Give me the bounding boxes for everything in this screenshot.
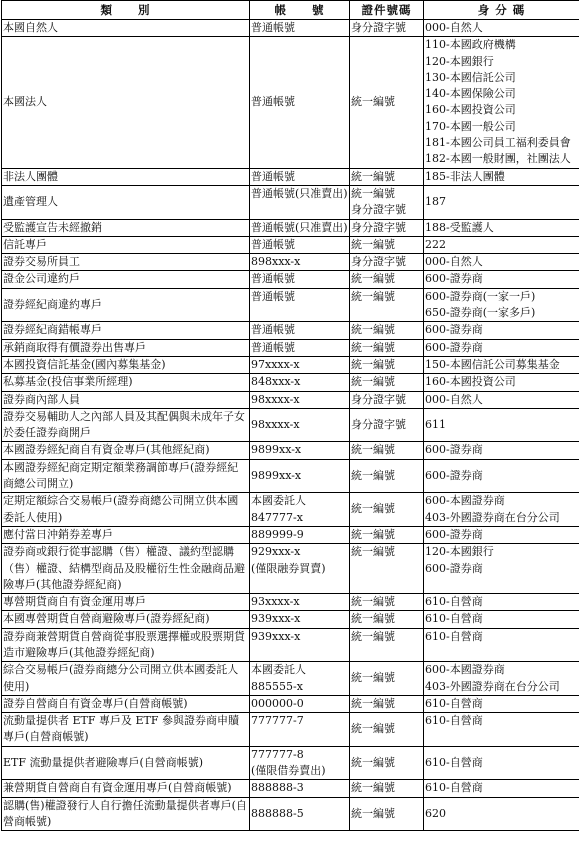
category-cell: 證券交易所員工 (2, 254, 250, 271)
table-row: 非法人團體普通帳號統一編號185-非法人團體 (2, 168, 579, 185)
id-code-cell: 188-受監護人 (424, 219, 579, 236)
id-code-cell: 150-本國信託公司募集基金 (424, 356, 579, 373)
table-row: 證券經紀商錯帳專戶普通帳號統一編號600-證券商 (2, 322, 579, 339)
account-cell-line: 普通帳號(只准賣出) (251, 220, 348, 236)
id-code-cell-line: 600-證券商 (425, 322, 578, 338)
table-row: 證券經紀商違約專戶普通帳號統一編號600-證券商(一家一戶)650-證券商(一家… (2, 288, 579, 322)
category-cell: 認購(售)權證發行人自行擔任流動量提供者專戶(自營商帳號) (2, 797, 250, 831)
account-cell-line: 93xxxx-x (251, 594, 348, 610)
id-code-cell-line: 610-自營商 (425, 696, 578, 712)
id-code-cell-line: 610-自營商 (425, 713, 578, 729)
account-cell-line: 普通帳號 (251, 322, 348, 338)
id-document-cell: 身分證字號 (350, 20, 424, 37)
id-code-cell-line: 222 (425, 237, 578, 253)
id-code-cell-line: 611 (425, 417, 578, 433)
table-row: 證券商內部人員98xxxx-x身分證字號000-自然人 (2, 391, 579, 408)
id-code-cell-line: 650-證券商(一家多戶) (425, 305, 578, 321)
table-row: 證券商兼營期貨自營商從事股票選擇權或股票期貨造市避險專戶(其他證券經紀商)939… (2, 628, 579, 662)
account-cell-line: 848xxx-x (251, 374, 348, 390)
account-cell-line: 847777-x (251, 510, 348, 526)
id-document-cell-line: 統一編號 (351, 357, 422, 373)
id-code-cell-line: 110-本國政府機構 (425, 37, 578, 53)
table-row: 本國法人普通帳號統一編號110-本國政府機構120-本國銀行130-本國信託公司… (2, 37, 579, 168)
table-body: 本國自然人普通帳號身分證字號000-自然人本國法人普通帳號統一編號110-本國政… (2, 20, 579, 831)
id-code-cell-line: 187 (425, 194, 578, 210)
category-cell: 承銷商取得有價證券出售專戶 (2, 339, 250, 356)
id-document-cell-line: 統一編號 (351, 374, 422, 390)
account-cell: 97xxxx-x (250, 356, 350, 373)
account-cell: 普通帳號(只准賣出) (250, 219, 350, 236)
category-cell: ETF 流動量提供者避險專戶(自營商帳號) (2, 746, 250, 780)
id-code-cell: 600-證券商 (424, 339, 579, 356)
account-cell: 888888-3 (250, 780, 350, 797)
id-document-cell-line: 身分證字號 (351, 20, 422, 36)
id-code-cell-line: 610-自營商 (425, 755, 578, 771)
id-document-cell: 身分證字號 (350, 408, 424, 442)
id-code-cell: 110-本國政府機構120-本國銀行130-本國信託公司140-本國保險公司16… (424, 37, 579, 168)
account-cell-line: 898xxx-x (251, 254, 348, 270)
account-cell-line: 888888-5 (251, 806, 348, 822)
id-code-cell-line: 610-自營商 (425, 594, 578, 610)
table-row: 本國投資信託基金(國內募集基金)97xxxx-x統一編號150-本國信託公司募集… (2, 356, 579, 373)
id-document-cell: 統一編號 (350, 797, 424, 831)
id-code-cell: 600-本國證券商403-外國證券商在台分公司 (424, 493, 579, 527)
id-document-cell-line: 統一編號 (351, 468, 422, 484)
account-cell: 普通帳號 (250, 322, 350, 339)
account-cell-line: 939xxx-x (251, 629, 348, 645)
header-account: 帳 號 (250, 1, 350, 20)
id-document-cell: 統一編號 (350, 493, 424, 527)
id-code-cell: 610-自營商 (424, 695, 579, 712)
id-code-cell-line: 120-本國銀行 (425, 544, 578, 560)
id-document-cell-line: 統一編號 (351, 611, 422, 627)
table-row: 定期定額綜合交易帳戶(證券商總公司開立供本國委託人使用)本國委託人847777-… (2, 493, 579, 527)
id-document-cell: 統一編號 (350, 594, 424, 611)
id-document-cell: 統一編號 (350, 322, 424, 339)
account-cell-line: 97xxxx-x (251, 357, 348, 373)
account-cell-line: 939xxx-x (251, 611, 348, 627)
id-document-cell-line: 身分證字號 (351, 417, 422, 433)
id-document-cell-line: 身分證字號 (351, 392, 422, 408)
account-cell: 93xxxx-x (250, 594, 350, 611)
id-document-cell-line: 統一編號 (351, 696, 422, 712)
id-document-cell-line: 統一編號 (351, 442, 422, 458)
table-row: 認購(售)權證發行人自行擔任流動量提供者專戶(自營商帳號)888888-5統一編… (2, 797, 579, 831)
category-cell: 應付當日沖銷券差專戶 (2, 526, 250, 543)
id-document-cell-line: 統一編號 (351, 629, 422, 645)
id-document-cell-line: 統一編號 (351, 527, 422, 543)
account-cell-line: 9899xx-x (251, 442, 348, 458)
account-cell-line: 普通帳號 (251, 20, 348, 36)
category-cell: 遺產管理人 (2, 185, 250, 219)
id-code-cell: 600-證券商 (424, 526, 579, 543)
id-document-cell: 統一編號 (350, 611, 424, 628)
account-cell: 939xxx-x (250, 628, 350, 662)
id-code-cell-line: 160-本國投資公司 (425, 102, 578, 118)
account-cell-line: 777777-7 (251, 713, 348, 729)
account-cell: 9899xx-x (250, 442, 350, 459)
id-code-cell-line: 000-自然人 (425, 20, 578, 36)
id-document-cell-line: 統一編號 (351, 289, 422, 305)
id-code-cell-line: 610-自營商 (425, 780, 578, 796)
id-document-cell: 統一編號 (350, 442, 424, 459)
header-row: 類 別 帳 號 證件號碼 身 分 碼 (2, 1, 579, 20)
id-document-cell: 統一編號 (350, 37, 424, 168)
id-document-cell: 統一編號 (350, 526, 424, 543)
id-code-cell-line: 600-本國證券商 (425, 662, 578, 678)
id-code-cell-line: 600-證券商 (425, 468, 578, 484)
table-row: 本國專營期貨自營商避險專戶(證券經紀商)939xxx-x統一編號610-自營商 (2, 611, 579, 628)
id-document-cell: 統一編號 (350, 339, 424, 356)
header-category: 類 別 (2, 1, 250, 20)
account-cell-line: 普通帳號 (251, 94, 348, 110)
account-cell-line: 普通帳號 (251, 271, 348, 287)
id-code-cell: 610-自營商 (424, 713, 579, 747)
id-code-cell: 610-自營商 (424, 780, 579, 797)
account-cell-line: 98xxxx-x (251, 392, 348, 408)
account-cell: 普通帳號 (250, 20, 350, 37)
category-cell: 本國證券經紀商定期定額業務調節專戶(證券經紀商總公司開立) (2, 459, 250, 493)
id-document-cell: 統一編號 (350, 695, 424, 712)
account-cell-line: 普通帳號 (251, 237, 348, 253)
id-code-cell: 600-證券商 (424, 442, 579, 459)
category-cell: 定期定額綜合交易帳戶(證券商總公司開立供本國委託人使用) (2, 493, 250, 527)
id-document-cell-line: 身分證字號 (351, 254, 422, 270)
id-code-cell-line: 000-自然人 (425, 392, 578, 408)
table-row: 私募基金(投信事業所經理)848xxx-x統一編號160-本國投資公司 (2, 374, 579, 391)
id-code-cell: 600-本國證券商403-外國證券商在台分公司 (424, 662, 579, 696)
category-cell: 兼營期貨自營商自有資金運用專戶(自營商帳號) (2, 780, 250, 797)
account-cell-line: 885555-x (251, 679, 348, 695)
id-code-cell-line: 160-本國投資公司 (425, 374, 578, 390)
id-code-cell-line: 181-本國公司員工福利委員會 (425, 135, 578, 151)
id-document-cell: 統一編號 (350, 544, 424, 594)
table-row: 證券商或銀行從事認購（售）權證、議約型認購（售）權證、結構型商品及股權衍生性金融… (2, 544, 579, 594)
id-document-cell-line: 統一編號 (351, 340, 422, 356)
id-code-cell-line: 600-證券商 (425, 561, 578, 577)
account-cell-line: 777777-8 (251, 747, 348, 763)
account-cell-line: 普通帳號 (251, 169, 348, 185)
category-cell: 證券經紀商錯帳專戶 (2, 322, 250, 339)
account-cell: 普通帳號 (250, 236, 350, 253)
category-cell: 證金公司違約戶 (2, 271, 250, 288)
id-code-cell: 610-自營商 (424, 594, 579, 611)
id-code-cell: 222 (424, 236, 579, 253)
table-row: 證金公司違約戶普通帳號統一編號600-證券商 (2, 271, 579, 288)
account-cell-line: 9899xx-x (251, 468, 348, 484)
category-cell: 非法人團體 (2, 168, 250, 185)
id-code-cell: 600-證券商(一家一戶)650-證券商(一家多戶) (424, 288, 579, 322)
table-row: 證券交易所員工898xxx-x身分證字號000-自然人 (2, 254, 579, 271)
category-cell: 證券自營商自有資金專戶(自營商帳號) (2, 695, 250, 712)
id-code-cell: 600-證券商 (424, 271, 579, 288)
account-cell-line: 普通帳號 (251, 289, 348, 305)
table-row: 本國證券經紀商定期定額業務調節專戶(證券經紀商總公司開立)9899xx-x統一編… (2, 459, 579, 493)
id-code-cell-line: 403-外國證券商在台分公司 (425, 679, 578, 695)
account-cell: 777777-7 (250, 713, 350, 747)
account-cell: 普通帳號 (250, 37, 350, 168)
id-document-cell-line: 統一編號 (351, 670, 422, 686)
id-code-cell-line: 600-證券商 (425, 527, 578, 543)
id-code-cell-line: 130-本國信託公司 (425, 70, 578, 86)
id-code-cell-line: 600-證券商 (425, 340, 578, 356)
account-cell-line: 普通帳號(只准賣出) (251, 186, 348, 202)
id-document-cell: 統一編號 (350, 662, 424, 696)
id-code-cell: 187 (424, 185, 579, 219)
id-document-cell: 統一編號 (350, 746, 424, 780)
id-document-cell: 統一編號 (350, 713, 424, 747)
id-code-cell-line: 188-受監護人 (425, 220, 578, 236)
id-document-cell: 統一編號 (350, 374, 424, 391)
table-row: 受監護宣告未經撤銷普通帳號(只准賣出)身分證字號188-受監護人 (2, 219, 579, 236)
id-code-cell-line: 610-自營商 (425, 611, 578, 627)
id-code-cell-line: 610-自營商 (425, 629, 578, 645)
account-cell: 普通帳號 (250, 168, 350, 185)
category-cell: 本國證券經紀商自有資金專戶(其他經紀商) (2, 442, 250, 459)
category-cell: 本國專營期貨自營商避險專戶(證券經紀商) (2, 611, 250, 628)
id-document-cell-line: 統一編號 (351, 594, 422, 610)
table-row: 本國自然人普通帳號身分證字號000-自然人 (2, 20, 579, 37)
id-code-cell: 610-自營商 (424, 611, 579, 628)
category-cell: 本國自然人 (2, 20, 250, 37)
id-code-cell: 000-自然人 (424, 254, 579, 271)
account-cell: 939xxx-x (250, 611, 350, 628)
category-cell: 證券商兼營期貨自營商從事股票選擇權或股票期貨造市避險專戶(其他證券經紀商) (2, 628, 250, 662)
table-row: 本國證券經紀商自有資金專戶(其他經紀商)9899xx-x統一編號600-證券商 (2, 442, 579, 459)
id-document-cell: 身分證字號 (350, 391, 424, 408)
account-cell: 000000-0 (250, 695, 350, 712)
account-cell-line: 929xxx-x (251, 544, 348, 560)
category-cell: 流動量提供者 ETF 專戶及 ETF 參與證券商申贖專戶(自營商帳號) (2, 713, 250, 747)
id-document-cell: 統一編號 (350, 356, 424, 373)
id-code-cell-line: 403-外國證券商在台分公司 (425, 510, 578, 526)
account-cell-line: 889999-9 (251, 527, 348, 543)
category-cell: 本國投資信託基金(國內募集基金) (2, 356, 250, 373)
id-code-cell: 611 (424, 408, 579, 442)
category-cell: 綜合交易帳戶(證券商總分公司開立供本國委託人使用) (2, 662, 250, 696)
id-code-cell: 120-本國銀行600-證券商 (424, 544, 579, 594)
category-cell: 受監護宣告未經撤銷 (2, 219, 250, 236)
id-code-cell: 610-自營商 (424, 628, 579, 662)
id-document-cell-line: 統一編號 (351, 721, 422, 737)
id-code-cell-line: 600-證券商 (425, 442, 578, 458)
account-cell-line: 888888-3 (251, 780, 348, 796)
id-document-cell: 身分證字號 (350, 219, 424, 236)
id-code-cell-line: 170-本國一般公司 (425, 119, 578, 135)
category-cell: 本國法人 (2, 37, 250, 168)
id-document-cell-line: 身分證字號 (351, 220, 422, 236)
id-document-cell: 統一編號 (350, 628, 424, 662)
account-code-table: 類 別 帳 號 證件號碼 身 分 碼 本國自然人普通帳號身分證字號000-自然人… (1, 0, 579, 831)
table-row: 信託專戶普通帳號統一編號222 (2, 236, 579, 253)
id-code-cell-line: 120-本國銀行 (425, 54, 578, 70)
id-document-cell-line: 身分證字號 (351, 202, 422, 218)
account-cell: 848xxx-x (250, 374, 350, 391)
header-id-document: 證件號碼 (350, 1, 424, 20)
table-row: 綜合交易帳戶(證券商總分公司開立供本國委託人使用)本國委託人885555-x統一… (2, 662, 579, 696)
id-document-cell-line: 統一編號 (351, 94, 422, 110)
account-cell-line: 本國委託人 (251, 493, 348, 509)
table-row: 應付當日沖銷券差專戶889999-9統一編號600-證券商 (2, 526, 579, 543)
id-document-cell: 統一編號 (350, 288, 424, 322)
id-code-cell-line: 150-本國信託公司募集基金 (425, 357, 578, 373)
category-cell: 私募基金(投信事業所經理) (2, 374, 250, 391)
account-cell-line: 本國委託人 (251, 662, 348, 678)
account-cell: 普通帳號 (250, 339, 350, 356)
id-code-cell: 600-證券商 (424, 459, 579, 493)
category-cell: 證券商或銀行從事認購（售）權證、議約型認購（售）權證、結構型商品及股權衍生性金融… (2, 544, 250, 594)
id-code-cell: 620 (424, 797, 579, 831)
id-code-cell-line: 600-證券商 (425, 271, 578, 287)
id-code-cell: 000-自然人 (424, 391, 579, 408)
id-code-cell-line: 620 (425, 806, 578, 822)
table-row: 兼營期貨自營商自有資金運用專戶(自營商帳號)888888-3統一編號610-自營… (2, 780, 579, 797)
table-row: 承銷商取得有價證券出售專戶普通帳號統一編號600-證券商 (2, 339, 579, 356)
table-row: 證券自營商自有資金專戶(自營商帳號)000000-0統一編號610-自營商 (2, 695, 579, 712)
header-id-code: 身 分 碼 (424, 1, 579, 20)
id-document-cell-line: 統一編號 (351, 237, 422, 253)
account-cell: 98xxxx-x (250, 391, 350, 408)
id-document-cell: 統一編號 (350, 236, 424, 253)
id-document-cell-line: 統一編號 (351, 544, 422, 560)
id-code-cell-line: 140-本國保險公司 (425, 86, 578, 102)
account-cell-line: 98xxxx-x (251, 417, 348, 433)
account-cell-line: (僅限融券買賣) (251, 561, 348, 577)
id-document-cell-line: 統一編號 (351, 186, 422, 202)
id-code-cell: 000-自然人 (424, 20, 579, 37)
account-cell: 888888-5 (250, 797, 350, 831)
account-cell: 777777-8(僅限借券賣出) (250, 746, 350, 780)
account-cell-line: 普通帳號 (251, 340, 348, 356)
id-document-cell-line: 統一編號 (351, 780, 422, 796)
id-document-cell-line: 統一編號 (351, 169, 422, 185)
account-cell: 889999-9 (250, 526, 350, 543)
account-cell: 98xxxx-x (250, 408, 350, 442)
id-document-cell: 統一編號 (350, 271, 424, 288)
id-code-cell: 600-證券商 (424, 322, 579, 339)
id-code-cell: 610-自營商 (424, 746, 579, 780)
id-document-cell: 身分證字號 (350, 254, 424, 271)
account-cell: 普通帳號(只准賣出) (250, 185, 350, 219)
table-row: 專營期貨商自有資金運用專戶93xxxx-x統一編號610-自營商 (2, 594, 579, 611)
account-cell: 9899xx-x (250, 459, 350, 493)
id-document-cell-line: 統一編號 (351, 271, 422, 287)
category-cell: 證券經紀商違約專戶 (2, 288, 250, 322)
id-code-cell: 185-非法人團體 (424, 168, 579, 185)
table-row: 證券交易輔助人之內部人員及其配偶與未成年子女於委任證券商開戶98xxxx-x身分… (2, 408, 579, 442)
id-document-cell-line: 統一編號 (351, 806, 422, 822)
id-code-cell-line: 600-本國證券商 (425, 493, 578, 509)
account-cell: 本國委託人847777-x (250, 493, 350, 527)
id-code-cell-line: 000-自然人 (425, 254, 578, 270)
account-cell: 本國委託人885555-x (250, 662, 350, 696)
account-cell: 普通帳號 (250, 271, 350, 288)
id-document-cell: 統一編號 (350, 459, 424, 493)
id-code-cell-line: 185-非法人團體 (425, 169, 578, 185)
account-cell: 929xxx-x(僅限融券買賣) (250, 544, 350, 594)
category-cell: 專營期貨商自有資金運用專戶 (2, 594, 250, 611)
id-code-cell: 160-本國投資公司 (424, 374, 579, 391)
id-document-cell: 統一編號 (350, 168, 424, 185)
category-cell: 證券商內部人員 (2, 391, 250, 408)
category-cell: 證券交易輔助人之內部人員及其配偶與未成年子女於委任證券商開戶 (2, 408, 250, 442)
id-document-cell: 統一編號 (350, 780, 424, 797)
account-cell: 普通帳號 (250, 288, 350, 322)
category-cell: 信託專戶 (2, 236, 250, 253)
id-document-cell: 統一編號身分證字號 (350, 185, 424, 219)
account-cell: 898xxx-x (250, 254, 350, 271)
account-cell-line: (僅限借券賣出) (251, 763, 348, 779)
id-document-cell-line: 統一編號 (351, 501, 422, 517)
id-document-cell-line: 統一編號 (351, 755, 422, 771)
id-document-cell-line: 統一編號 (351, 322, 422, 338)
id-code-cell-line: 600-證券商(一家一戶) (425, 289, 578, 305)
table-row: 遺產管理人普通帳號(只准賣出)統一編號身分證字號187 (2, 185, 579, 219)
table-row: ETF 流動量提供者避險專戶(自營商帳號)777777-8(僅限借券賣出)統一編… (2, 746, 579, 780)
account-cell-line: 000000-0 (251, 696, 348, 712)
id-code-cell-line: 182-本國一般財團，社團法人 (425, 151, 578, 167)
table-row: 流動量提供者 ETF 專戶及 ETF 參與證券商申贖專戶(自營商帳號)77777… (2, 713, 579, 747)
